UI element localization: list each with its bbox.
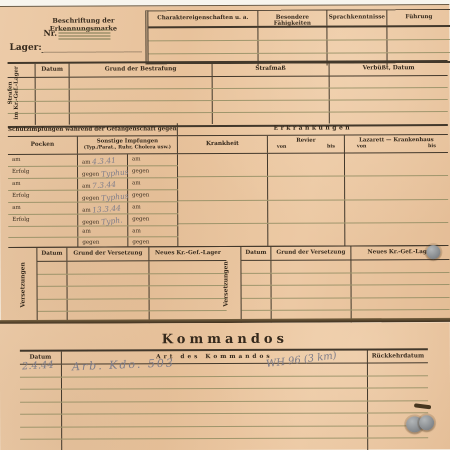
impf-row: am am	[8, 225, 178, 236]
handwritten-date: 4.3.41	[92, 156, 116, 167]
handwritten-date: 7.3.44	[92, 180, 116, 191]
versetz-blank-row	[37, 273, 226, 286]
versetzungen-table-left: Datum Grund der Versetzung Neues Kr.-Gef…	[36, 247, 226, 324]
traits-header-charakter: Charaktereigenschaften u. a.	[148, 11, 258, 26]
traits-header-sprachen: Sprachkenntnisse	[327, 10, 387, 25]
erkrank-blank-row	[178, 175, 448, 199]
versetzungen-side-label-left: Versetzungen	[20, 250, 32, 320]
handwritten-vaccine: Typhus	[101, 191, 129, 202]
strafen-blank-row	[8, 87, 448, 101]
krankheit-header: Krankheit	[178, 136, 268, 153]
versetzungen-side-label-right: Versetzungen	[223, 249, 235, 319]
hole-punch-icon	[426, 245, 440, 259]
pocken-header: Pocken	[8, 137, 78, 154]
versetz-header-datum: Datum	[37, 248, 67, 261]
erkrank-blank-row	[178, 153, 448, 176]
lazarett-header: Lazarett — Krankenhaus vonbis	[345, 135, 448, 152]
versetz-blank-row	[242, 284, 450, 298]
strafen-table: Datum Grund der Bestrafung Strafmaß Verb…	[8, 60, 448, 128]
impf-row: Erfolg gegen Typh. gegen	[8, 213, 178, 226]
versetz-header-grund: Grund der Versetzung	[271, 246, 351, 259]
traits-header-faehigkeiten: Besondere Fähigkeiten	[258, 11, 327, 26]
revier-header: Revier vonbis	[268, 135, 345, 152]
impf-row: Erfolg gegen Typhus gegen	[8, 189, 178, 202]
impf-erkrank-table: Schutzimpfungen während der Gefangenscha…	[8, 122, 449, 248]
strafen-side-label: Strafenim Kr.-Gef.-Lager	[8, 62, 36, 124]
impf-row: am am 4.3.41 am	[8, 154, 178, 166]
traits-blank-row	[148, 27, 450, 40]
personnel-card: Beschriftung der Erkennungsmarke Nr. Lag…	[0, 4, 450, 323]
versetz-header-grund: Grund der Versetzung	[67, 247, 149, 260]
versetz-blank-row	[241, 260, 449, 273]
lager-blank-line	[41, 42, 141, 52]
versetz-blank-row	[37, 261, 226, 273]
handwritten-date: 13.3.44	[92, 203, 121, 214]
versetz-blank-row	[38, 285, 227, 298]
handwritten-kommando-datum: 2.4.44	[22, 360, 54, 373]
impf-row: gegen gegen	[8, 236, 178, 247]
versetz-blank-row	[241, 272, 449, 286]
impf-row: am am 7.3.44 am	[8, 177, 178, 190]
erkrank-blank-row	[178, 199, 448, 223]
kommandos-header-rueckkehr: Rückkehrdatum	[368, 350, 428, 362]
versetz-blank-row	[38, 298, 227, 311]
kommandos-title: Kommandos	[0, 331, 450, 348]
versetzungen-table-right: Datum Grund der Versetzung Neues Kr.-Gef…	[240, 246, 449, 323]
kommandos-card: Kommandos Datum Art des Kommandos Rückke…	[0, 322, 450, 450]
strafen-header-verbuesst: Verbüßt, Datum	[330, 62, 448, 76]
impf-row: am am 13.3.44 am	[8, 201, 178, 214]
strafen-header-grund: Grund der Bestrafung	[70, 63, 213, 77]
traits-header-fuehrung: Führung	[387, 10, 450, 25]
erkrankungen-group-header: Erkrankungen	[178, 122, 448, 135]
impf-group-header: Schutzimpfungen während der Gefangenscha…	[8, 123, 178, 136]
traits-table: Charaktereigenschaften u. a. Besondere F…	[145, 9, 450, 64]
kommandos-blank-row	[20, 425, 428, 439]
impf-row: Erfolg gegen Typhus gegen	[8, 165, 178, 178]
lager-label: Lager:	[9, 43, 41, 53]
idtag-nr-label: Nr.	[43, 28, 57, 38]
kommandos-blank-row	[20, 400, 428, 414]
handwritten-vaccine: Typh.	[101, 215, 123, 226]
scanned-pow-record: Beschriftung der Erkennungsmarke Nr. Lag…	[0, 0, 450, 450]
versetz-blank-row	[242, 297, 450, 311]
metal-fastener-icon	[404, 410, 444, 436]
kommandos-blank-row	[20, 413, 428, 427]
strafen-blank-row	[8, 76, 448, 89]
strafen-blank-row	[8, 99, 448, 113]
idtag-nr-lines	[58, 29, 110, 40]
versetz-header-lager: Neues Kr.-Gef.-Lager	[149, 247, 226, 260]
kommandos-blank-row	[20, 438, 428, 450]
traits-blank-row	[148, 39, 450, 53]
kommandos-blank-row	[20, 375, 428, 389]
handwritten-vaccine: Typhus	[101, 167, 129, 178]
strafen-header-datum: Datum	[36, 64, 70, 77]
erkrank-blank-row	[178, 222, 448, 246]
kommandos-blank-row	[20, 387, 428, 401]
sonstige-header: Sonstige Impfungen (Typ./Parat., Ruhr, C…	[78, 136, 178, 153]
versetz-header-datum: Datum	[241, 247, 271, 260]
strafen-header-strafmass: Strafmaß	[213, 63, 330, 77]
